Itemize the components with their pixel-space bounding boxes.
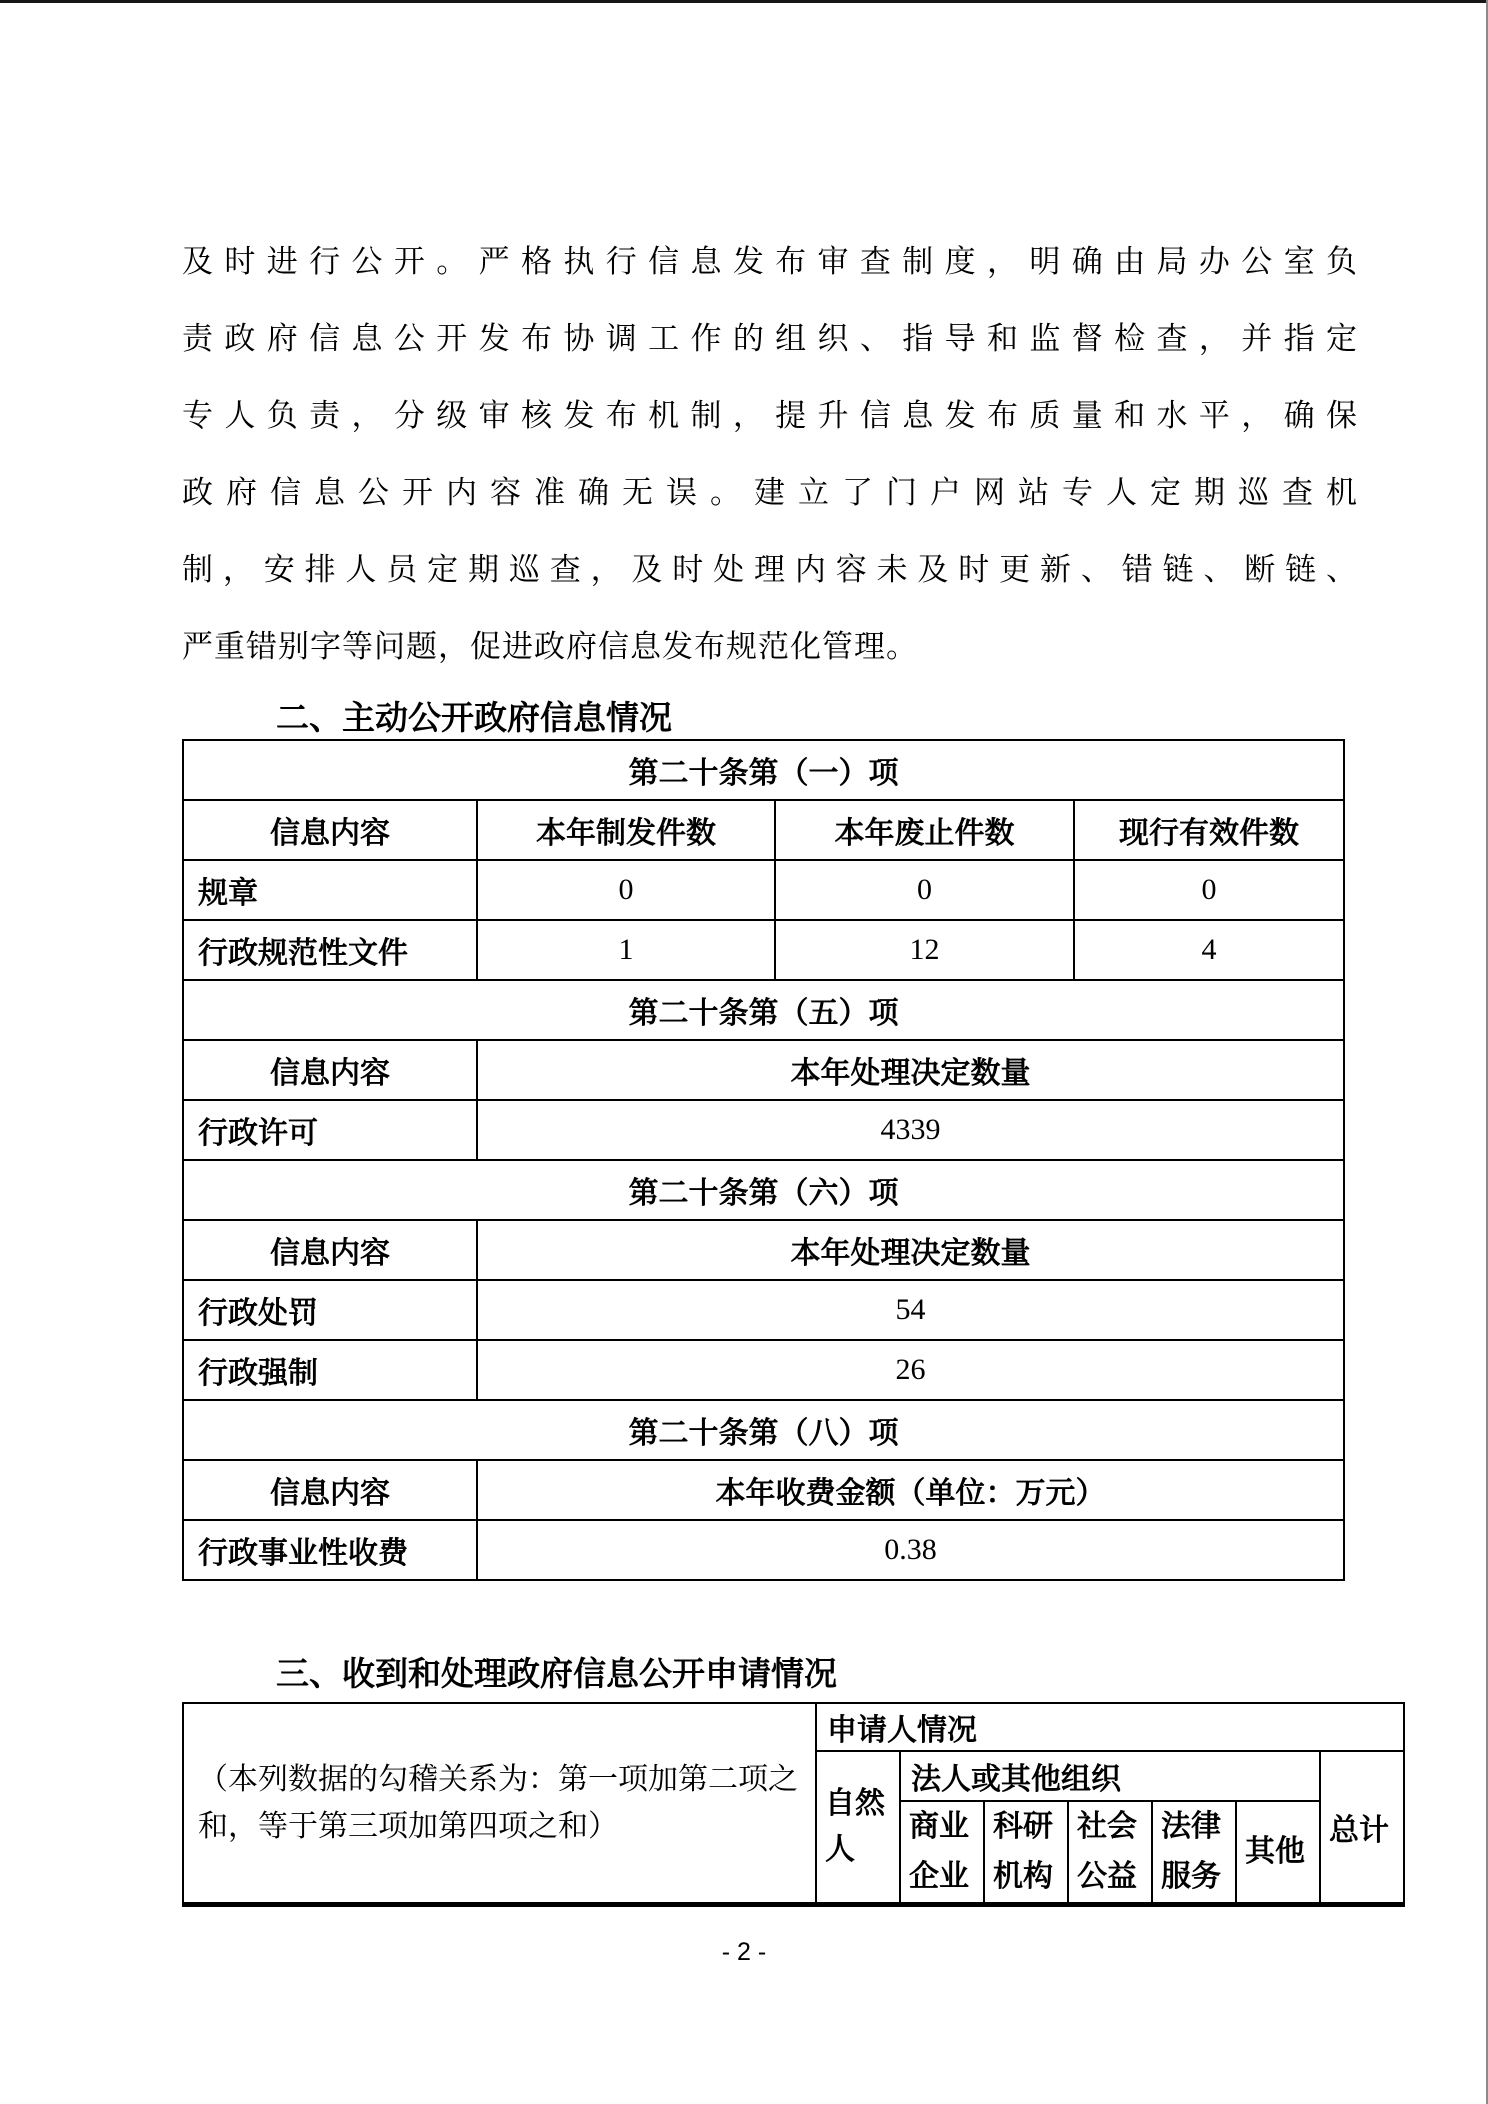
table-row: 信息内容 本年制发件数 本年废止件数 现行有效件数 (183, 800, 1344, 860)
scan-edge-top (0, 0, 1488, 3)
column-header: 信息内容 (183, 1220, 477, 1280)
paragraph-line: 责政府信息公开发布协调工作的组织、指导和监督检查，并指定 (182, 300, 1358, 377)
section-3-heading: 三、收到和处理政府信息公开申请情况 (182, 1648, 1476, 1695)
paragraph-line: 政府信息公开内容准确无误。建立了门户网站专人定期巡查机 (182, 454, 1358, 531)
legal-org-header: 法人或其他组织 (900, 1751, 1320, 1801)
cell-value: 0 (1074, 860, 1344, 920)
table-row: 行政处罚 54 (183, 1280, 1344, 1340)
applications-table: （本列数据的勾稽关系为：第一项加第二项之和，等于第三项加第四项之和） 申请人情况… (182, 1702, 1405, 1907)
table-section-title: 第二十条第（八）项 (183, 1400, 1344, 1460)
cell-value: 26 (477, 1340, 1344, 1400)
cell-value: 12 (775, 920, 1074, 980)
row-label: 规章 (183, 860, 477, 920)
table-row: 第二十条第（八）项 (183, 1400, 1344, 1460)
subcategory-header: 其他 (1236, 1801, 1320, 1905)
table-row: 行政许可 4339 (183, 1100, 1344, 1160)
table-row: 信息内容 本年收费金额（单位：万元） (183, 1460, 1344, 1520)
row-label: 行政强制 (183, 1340, 477, 1400)
table-row: 行政事业性收费 0.38 (183, 1520, 1344, 1580)
disclosure-table: 第二十条第（一）项 信息内容 本年制发件数 本年废止件数 现行有效件数 规章 0… (182, 739, 1345, 1581)
table-row: 第二十条第（一）项 (183, 740, 1344, 800)
document-page: { "colors": { "text": "#000000", "page":… (0, 0, 1488, 2104)
table-section-title: 第二十条第（六）项 (183, 1160, 1344, 1220)
table-row: 规章 0 0 0 (183, 860, 1344, 920)
paragraph-line: 专人负责，分级审核发布机制，提升信息发布质量和水平，确保 (182, 377, 1358, 454)
table-row: （本列数据的勾稽关系为：第一项加第二项之和，等于第三项加第四项之和） 申请人情况 (183, 1703, 1404, 1751)
column-header: 信息内容 (183, 1460, 477, 1520)
cell-value: 1 (477, 920, 775, 980)
column-header: 信息内容 (183, 800, 477, 860)
cell-value: 54 (477, 1280, 1344, 1340)
cell-value: 4339 (477, 1100, 1344, 1160)
natural-person-header: 自然人 (816, 1751, 900, 1905)
paragraph: 及时进行公开。严格执行信息发布审查制度，明确由局办公室负 责政府信息公开发布协调… (182, 223, 1358, 685)
subcategory-header: 法律服务 (1152, 1801, 1236, 1905)
section-2-heading: 二、主动公开政府信息情况 (182, 692, 1476, 739)
column-header: 本年收费金额（单位：万元） (477, 1460, 1344, 1520)
cell-value: 0.38 (477, 1520, 1344, 1580)
paragraph-line: 严重错别字等问题，促进政府信息发布规范化管理。 (182, 608, 1358, 685)
total-header: 总计 (1320, 1751, 1404, 1905)
table-row: 第二十条第（五）项 (183, 980, 1344, 1040)
table-row: 行政强制 26 (183, 1340, 1344, 1400)
column-header: 本年处理决定数量 (477, 1040, 1344, 1100)
subcategory-header: 社会公益 (1068, 1801, 1152, 1905)
table-row: 信息内容 本年处理决定数量 (183, 1220, 1344, 1280)
column-header: 本年废止件数 (775, 800, 1074, 860)
page-number: - 2 - (0, 1938, 1488, 1967)
column-header: 信息内容 (183, 1040, 477, 1100)
applicant-header: 申请人情况 (816, 1703, 1404, 1751)
row-label: 行政规范性文件 (183, 920, 477, 980)
table-row: 第二十条第（六）项 (183, 1160, 1344, 1220)
paragraph-line: 及时进行公开。严格执行信息发布审查制度，明确由局办公室负 (182, 223, 1358, 300)
row-label: 行政事业性收费 (183, 1520, 477, 1580)
subcategory-header: 科研机构 (984, 1801, 1068, 1905)
row-label: 行政许可 (183, 1100, 477, 1160)
column-header: 现行有效件数 (1074, 800, 1344, 860)
column-header: 本年制发件数 (477, 800, 775, 860)
column-header: 本年处理决定数量 (477, 1220, 1344, 1280)
subcategory-header: 商业企业 (900, 1801, 984, 1905)
cell-value: 4 (1074, 920, 1344, 980)
table-section-title: 第二十条第（一）项 (183, 740, 1344, 800)
row-label: 行政处罚 (183, 1280, 477, 1340)
table-row: 信息内容 本年处理决定数量 (183, 1040, 1344, 1100)
cell-value: 0 (477, 860, 775, 920)
cell-value: 0 (775, 860, 1074, 920)
paragraph-line: 制，安排人员定期巡查，及时处理内容未及时更新、错链、断链、 (182, 531, 1358, 608)
table-row: 行政规范性文件 1 12 4 (183, 920, 1344, 980)
table-section-title: 第二十条第（五）项 (183, 980, 1344, 1040)
table-note: （本列数据的勾稽关系为：第一项加第二项之和，等于第三项加第四项之和） (183, 1703, 816, 1905)
